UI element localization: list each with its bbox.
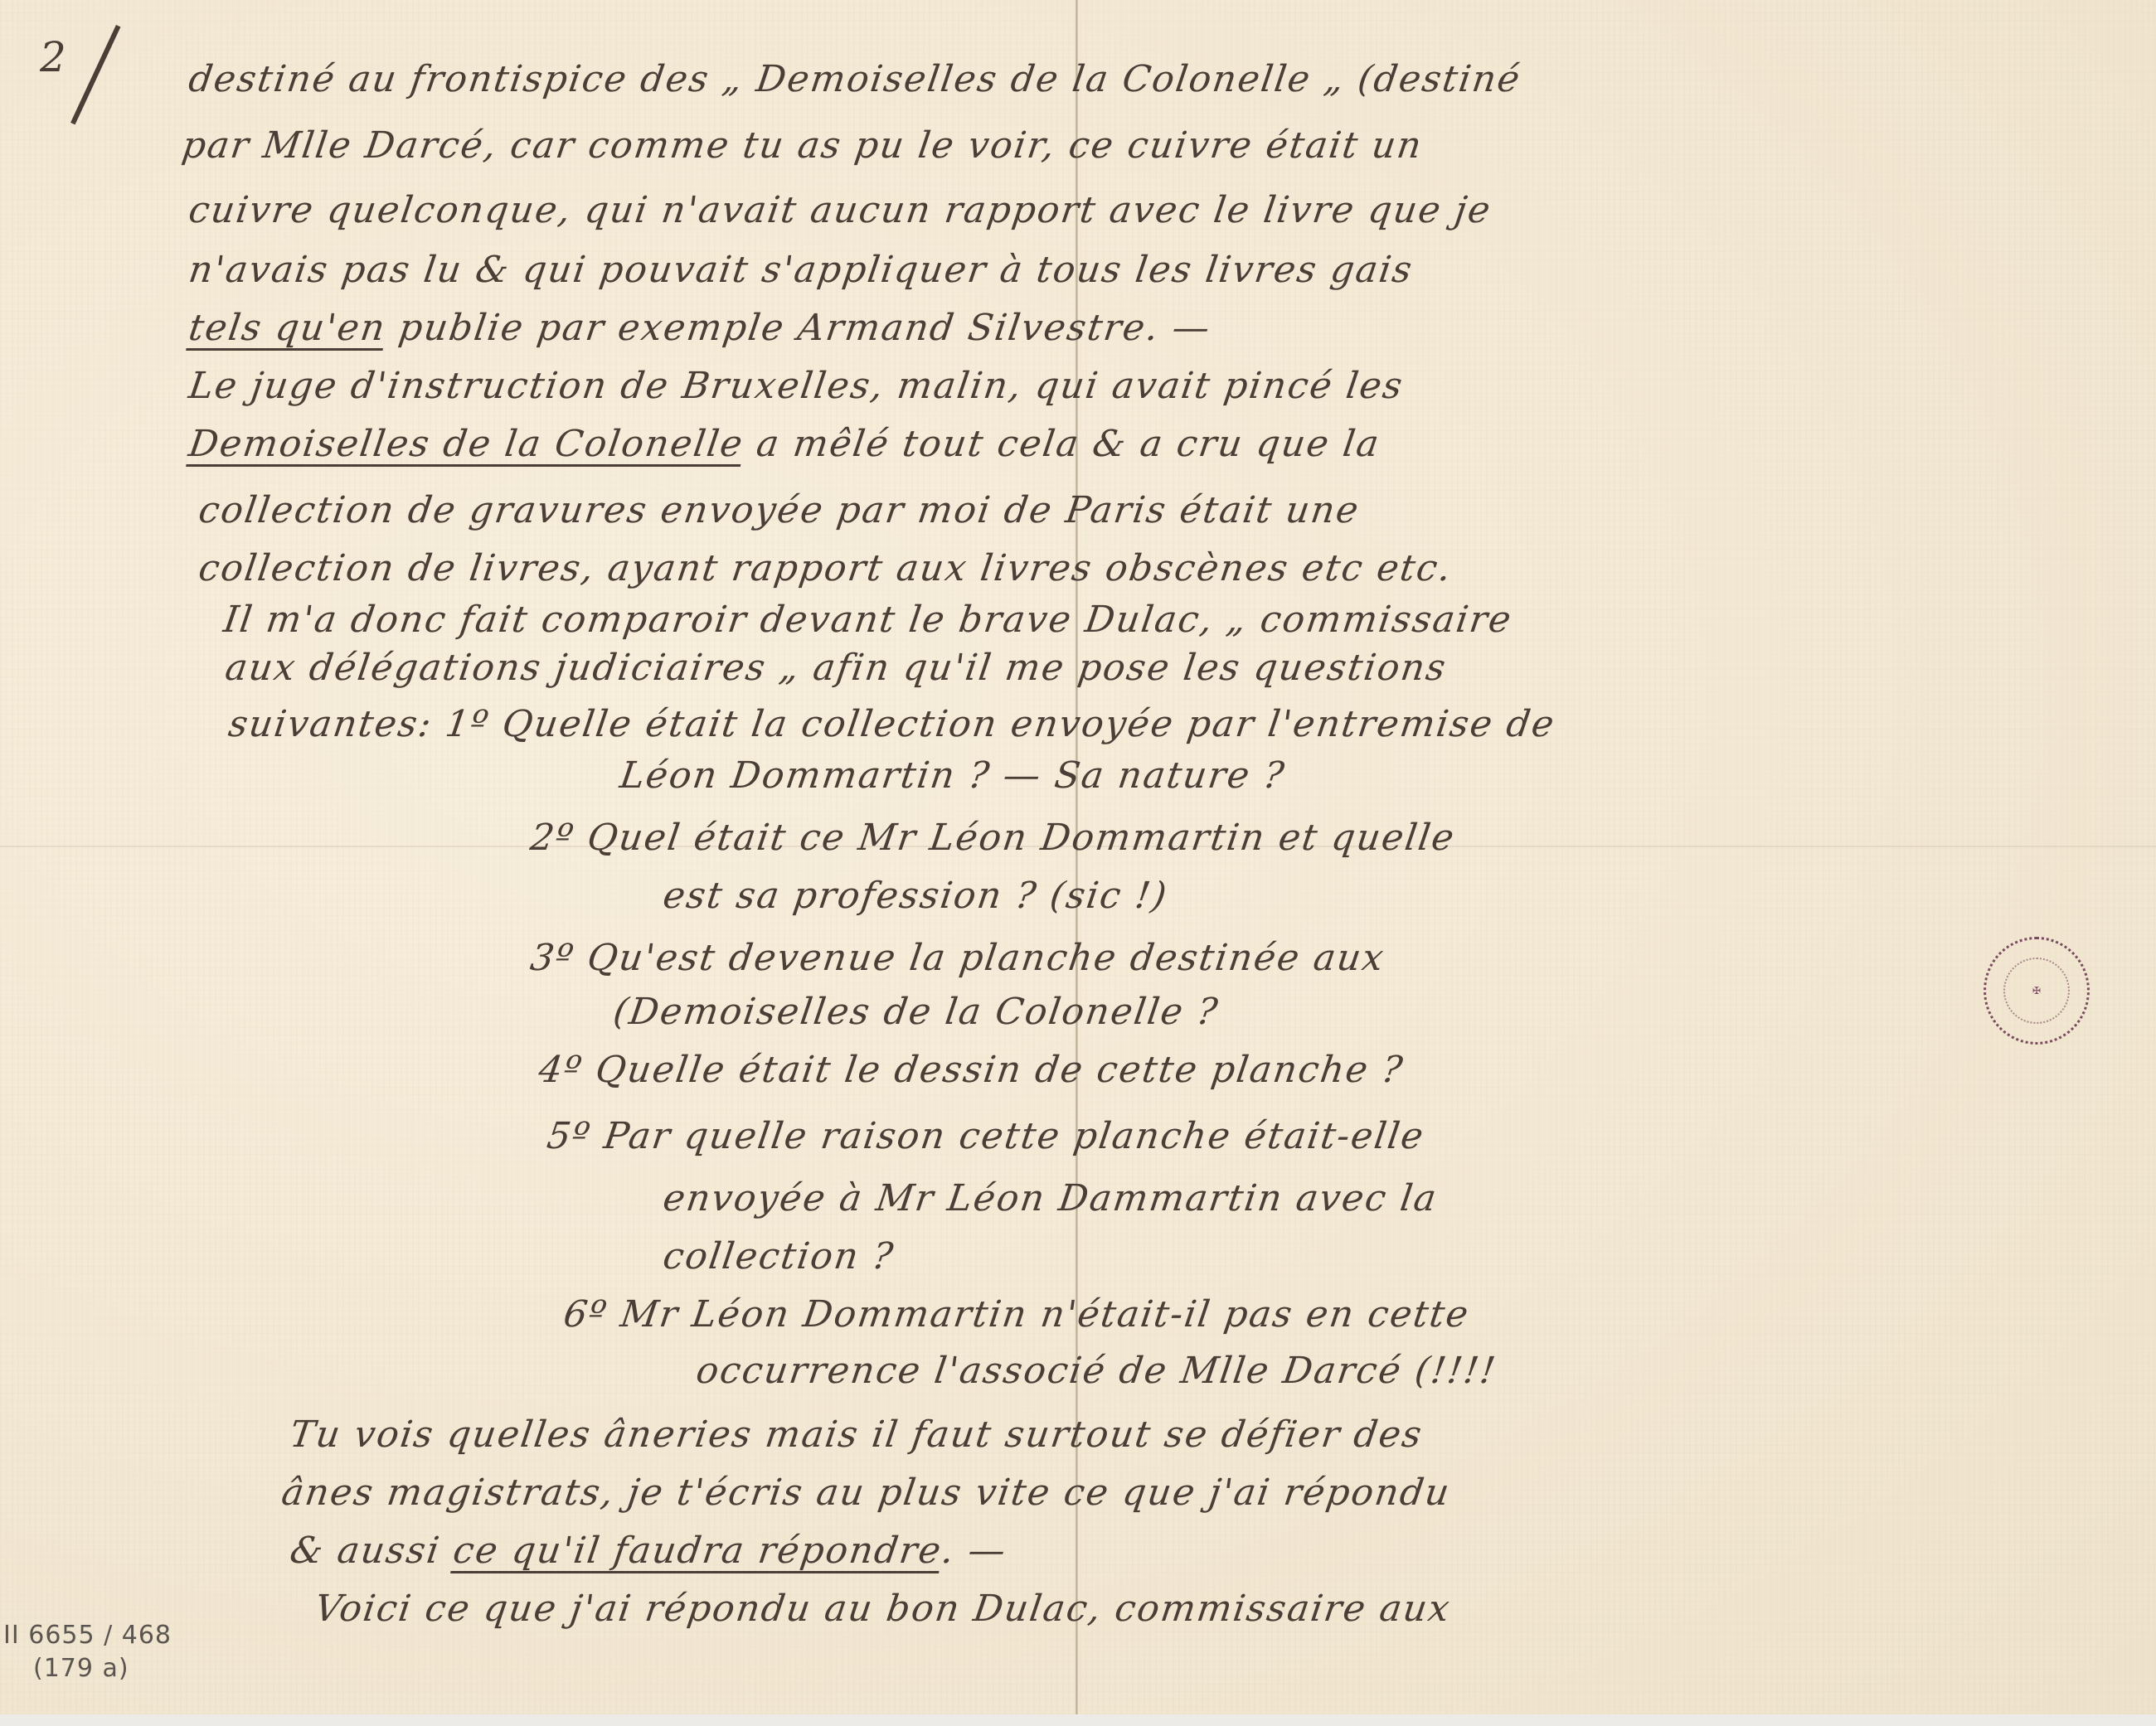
text-line: 4º Quelle était le dessin de cette planc…: [536, 1049, 1406, 1091]
page-number-slash: [70, 25, 120, 124]
text-line: destiné au frontispice des „ Demoiselles…: [186, 58, 1523, 100]
text-line: occurrence l'associé de Mlle Darcé (!!!!: [693, 1350, 1499, 1392]
text-line: aux délégations judiciaires „ afin qu'il…: [222, 647, 1449, 689]
scan-margin: [0, 1714, 2156, 1726]
text-line: (Demoiselles de la Colonelle ?: [610, 991, 1221, 1033]
library-stamp-icon: ✠: [1984, 937, 2090, 1045]
text-line: Voici ce que j'ai répondu au bon Dulac, …: [312, 1588, 1454, 1630]
text-line: est sa profession ? (sic !): [660, 875, 1170, 917]
text-line: Demoiselles de la Colonelle a mêlé tout …: [186, 423, 1382, 465]
text-line: ânes magistrats, je t'écris au plus vite…: [279, 1471, 1453, 1514]
shelfmark-line-2: (179 a): [33, 1654, 129, 1683]
text-line: & aussi ce qu'il faudra répondre. —: [287, 1530, 1009, 1572]
shelfmark-line-1: II 6655 / 468: [3, 1621, 172, 1650]
text-line: par Mlle Darcé, car comme tu as pu le vo…: [179, 124, 1425, 167]
underlined-phrase: ce qu'il faudra répondre: [450, 1530, 944, 1572]
text-line: 6º Mr Léon Dommartin n'était-il pas en c…: [561, 1293, 1472, 1336]
letter-sheet: 2 destiné au frontispice des „ Demoisell…: [0, 0, 2156, 1714]
text-line: cuivre quelconque, qui n'avait aucun rap…: [186, 189, 1494, 231]
text-line: Le juge d'instruction de Bruxelles, mali…: [186, 365, 1406, 407]
stamp-emblem-icon: ✠: [2003, 958, 2070, 1024]
underlined-phrase: Demoiselles de la Colonelle: [186, 423, 746, 465]
page-number: 2: [40, 33, 66, 81]
text-line: suivantes: 1º Quelle était la collection…: [226, 703, 1557, 745]
text-line: collection ?: [660, 1235, 896, 1278]
text-line: Léon Dommartin ? — Sa nature ?: [617, 754, 1288, 797]
text-line: collection de gravures envoyée par moi d…: [196, 489, 1362, 531]
text-line: 2º Quel était ce Mr Léon Dommartin et qu…: [527, 817, 1458, 859]
text-line: 3º Qu'est devenue la planche destinée au…: [527, 937, 1387, 979]
text-line: Tu vois quelles âneries mais il faut sur…: [287, 1413, 1425, 1456]
text-line: Il m'a donc fait comparoir devant le bra…: [221, 599, 1515, 641]
text-line: n'avais pas lu & qui pouvait s'appliquer…: [186, 249, 1415, 291]
underlined-phrase: tels qu'en: [186, 307, 389, 349]
text-line: tels qu'en publie par exemple Armand Sil…: [186, 307, 1213, 349]
text-line: collection de livres, ayant rapport aux …: [196, 547, 1454, 589]
text-line: envoyée à Mr Léon Dammartin avec la: [660, 1177, 1440, 1219]
text-line: 5º Par quelle raison cette planche était…: [544, 1115, 1427, 1157]
